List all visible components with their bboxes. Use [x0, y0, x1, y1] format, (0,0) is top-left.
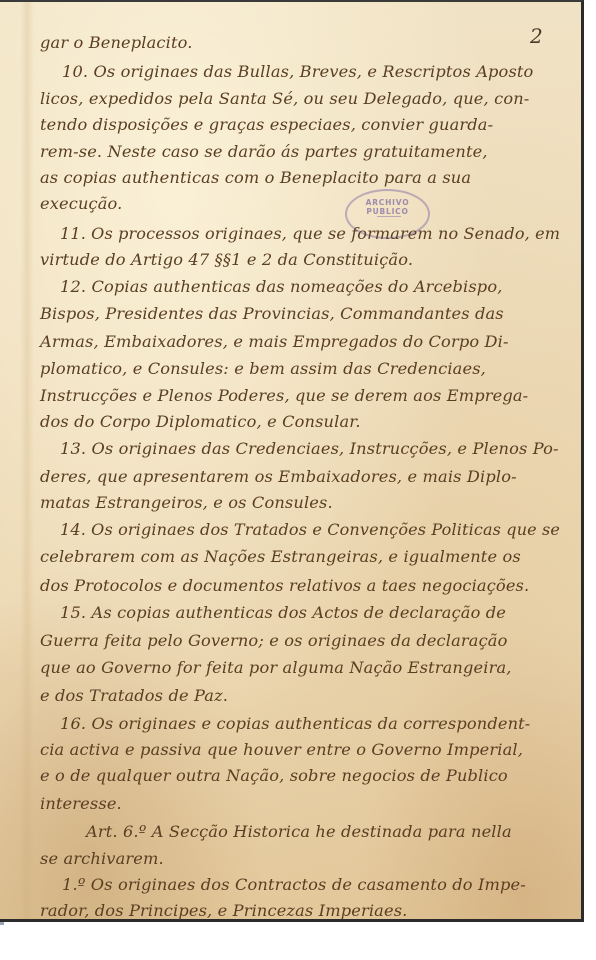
manuscript-line: e o de qualquer outra Nação, sobre negoc…	[40, 766, 508, 786]
page-number: 2	[530, 24, 543, 48]
manuscript-line: 12. Copias authenticas das nomeações do …	[60, 277, 503, 297]
manuscript-line: interesse.	[40, 794, 122, 814]
manuscript-line: rador, dos Principes, e Princezas Imperi…	[40, 901, 407, 921]
manuscript-line: 11. Os processos originaes, que se forma…	[60, 224, 560, 244]
manuscript-line: virtude do Artigo 47 §§1 e 2 da Constitu…	[40, 250, 413, 270]
manuscript-line: celebrarem com as Nações Estrangeiras, e…	[40, 547, 521, 567]
manuscript-line: plomatico, e Consules: e bem assim das C…	[40, 359, 486, 379]
manuscript-line: Guerra feita pelo Governo; e os originae…	[40, 631, 508, 651]
manuscript-line: tendo disposições e graças especiaes, co…	[40, 115, 493, 135]
manuscript-line: 1.º Os originaes dos Contractos de casam…	[62, 875, 526, 895]
manuscript-line: Armas, Embaixadores, e mais Empregados d…	[40, 332, 509, 352]
manuscript-line: 10. Os originaes das Bullas, Breves, e R…	[62, 62, 533, 82]
stamp-text: ARCHIVO PUBLICO	[347, 198, 428, 216]
manuscript-line: cia activa e passiva que houver entre o …	[40, 740, 523, 760]
manuscript-line: execução.	[40, 194, 122, 214]
manuscript-line: Instrucções e Plenos Poderes, que se der…	[40, 386, 528, 406]
manuscript-line: gar o Beneplacito.	[40, 33, 193, 53]
manuscript-line: 14. Os originaes dos Tratados e Convençõ…	[60, 520, 560, 540]
manuscript-line: as copias authenticas com o Beneplacito …	[40, 168, 471, 188]
manuscript-line: licos, expedidos pela Santa Sé, ou seu D…	[40, 89, 529, 109]
manuscript-line: Art. 6.º A Secção Historica he destinada…	[86, 822, 512, 842]
manuscript-line: rem-se. Neste caso se darão ás partes gr…	[40, 142, 488, 162]
manuscript-line: se archivarem.	[40, 849, 164, 869]
manuscript-line: 15. As copias authenticas dos Actos de d…	[60, 603, 506, 623]
manuscript-line: matas Estrangeiros, e os Consules.	[40, 493, 333, 513]
manuscript-line: deres, que apresentarem os Embaixadores,…	[40, 467, 517, 487]
manuscript-page: 2 ARCHIVO PUBLICO gar o Beneplacito.10. …	[0, 0, 584, 922]
manuscript-line: dos Protocolos e documentos relativos a …	[40, 576, 529, 596]
manuscript-line: Bispos, Presidentes das Provincias, Comm…	[40, 304, 504, 324]
manuscript-line: 16. Os originaes e copias authenticas da…	[60, 714, 530, 734]
page-fold-shadow	[20, 2, 34, 919]
stamp-rule	[377, 216, 401, 217]
manuscript-line: 13. Os originaes das Credenciaes, Instru…	[60, 439, 559, 459]
manuscript-line: dos do Corpo Diplomatico, e Consular.	[40, 412, 361, 432]
manuscript-line: e dos Tratados de Paz.	[40, 686, 228, 706]
manuscript-line: que ao Governo for feita por alguma Naçã…	[40, 658, 512, 678]
